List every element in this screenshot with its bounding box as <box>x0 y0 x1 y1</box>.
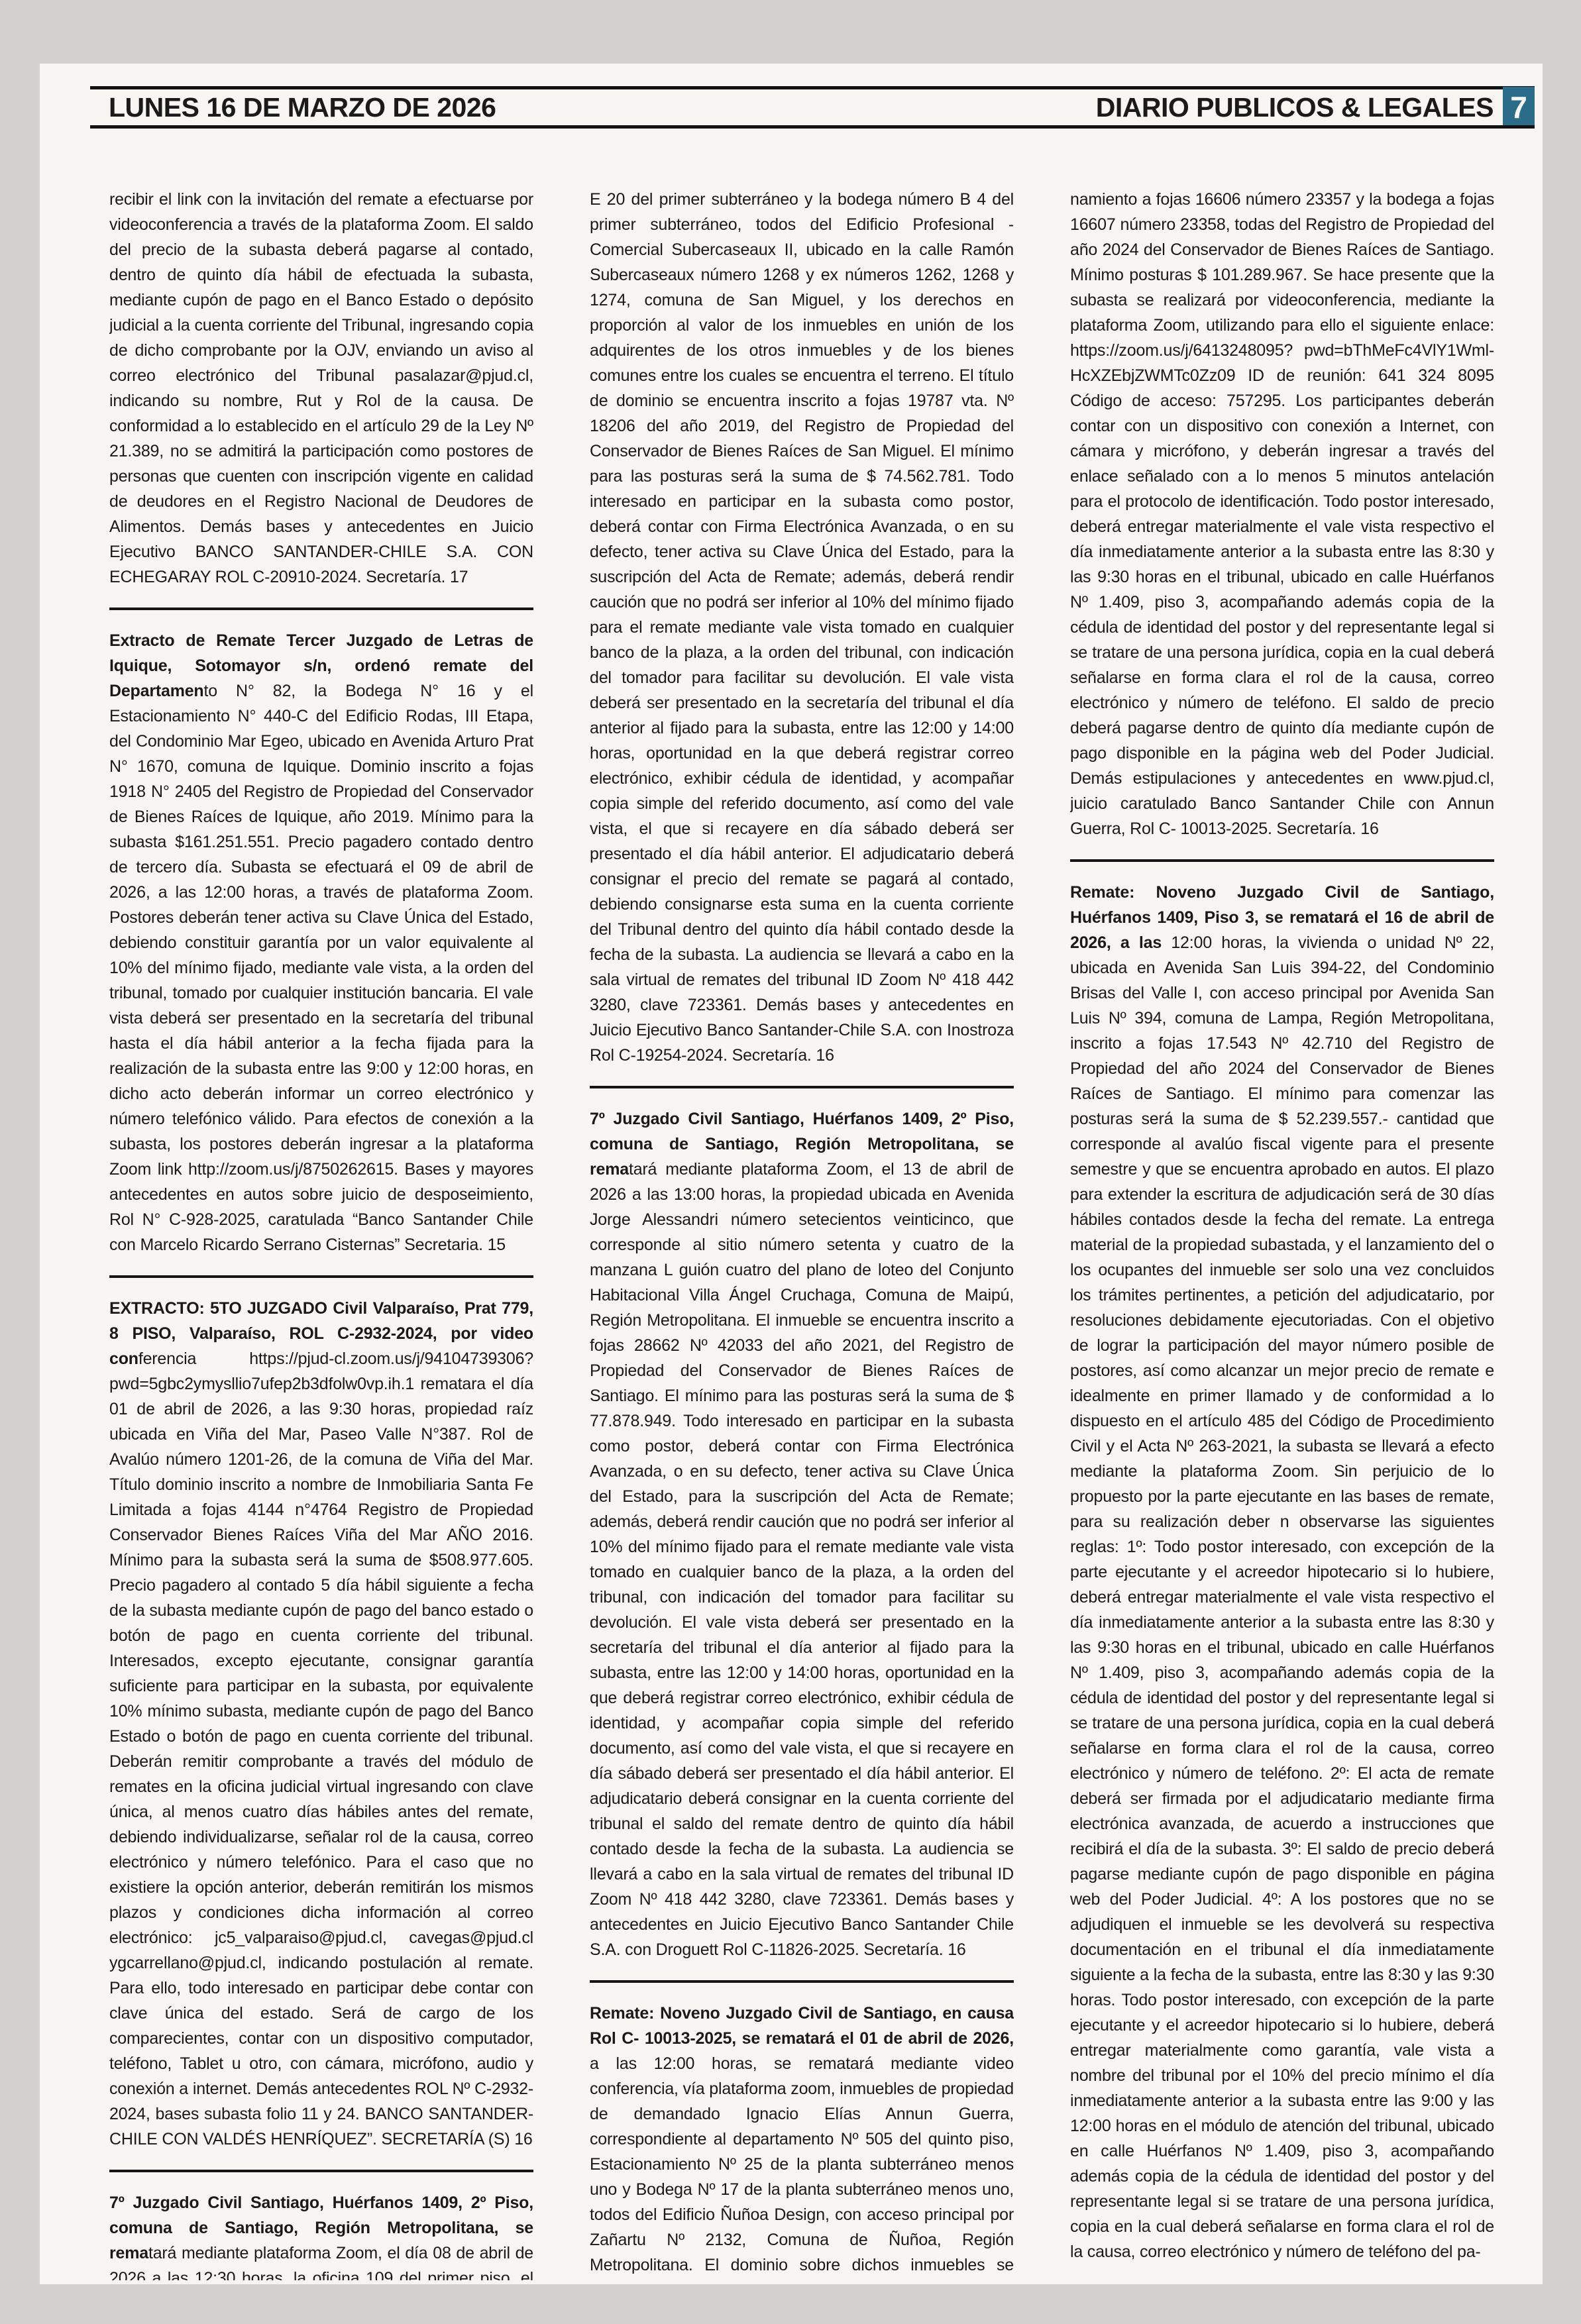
notice-septimo-juzgado-maipu: 7º Juzgado Civil Santiago, Huérfanos 140… <box>590 1106 1014 1962</box>
notice-septimo-juzgado-oficina: 7º Juzgado Civil Santiago, Huérfanos 140… <box>109 2190 533 2280</box>
header-date: LUNES 16 DE MARZO DE 2026 <box>90 92 496 123</box>
notice-divider <box>109 607 533 610</box>
header-row: LUNES 16 DE MARZO DE 2026 DIARIO PUBLICO… <box>90 91 1535 124</box>
notice-santander-echegaray: recibir el link con la invitación del re… <box>109 187 533 590</box>
notice-noveno-juzgado-lampa: Remate: Noveno Juzgado Civil de Santiago… <box>1070 880 1494 2264</box>
notice-divider <box>109 1275 533 1278</box>
notice-divider <box>590 1980 1014 1983</box>
notice-noveno-juzgado-nunoa: Remate: Noveno Juzgado Civil de Santiago… <box>590 2001 1014 2280</box>
notice-valparaiso-extracto: EXTRACTO: 5TO JUZGADO Civil Valparaíso, … <box>109 1296 533 2152</box>
notice-divider <box>1070 859 1494 862</box>
notice-text: Remate: Noveno Juzgado Civil de Santiago… <box>590 2001 1014 2280</box>
notice-body: tará mediante plataforma Zoom, el 13 de … <box>590 1160 1014 1959</box>
notice-body: recibir el link con la invitación del re… <box>109 190 533 586</box>
newspaper-page: LUNES 16 DE MARZO DE 2026 DIARIO PUBLICO… <box>0 0 1581 2324</box>
masthead-title: DIARIO PUBLICOS & LEGALES <box>1096 92 1494 123</box>
notice-text: E 20 del primer subterráneo y la bodega … <box>590 187 1014 1068</box>
notice-iquique-remate: Extracto de Remate Tercer Juzgado de Let… <box>109 628 533 1257</box>
notice-body: ferencia https://pjud-cl.zoom.us/j/94104… <box>109 1349 533 2148</box>
notice-body: E 20 del primer subterráneo y la bodega … <box>590 190 1014 1065</box>
header-bottom-rule <box>90 125 1535 129</box>
notice-lead: Remate: Noveno Juzgado Civil de Santiago… <box>590 2004 1014 2048</box>
notice-divider <box>590 1086 1014 1088</box>
notice-text: EXTRACTO: 5TO JUZGADO Civil Valparaíso, … <box>109 1296 533 2152</box>
notice-text: Extracto de Remate Tercer Juzgado de Let… <box>109 628 533 1257</box>
column-1: recibir el link con la invitación del re… <box>109 187 533 2280</box>
notice-text: 7º Juzgado Civil Santiago, Huérfanos 140… <box>109 2190 533 2280</box>
column-3: namiento a fojas 16606 número 23357 y la… <box>1070 187 1494 2280</box>
notice-text: recibir el link con la invitación del re… <box>109 187 533 590</box>
masthead-wrap: DIARIO PUBLICOS & LEGALES 7 <box>1096 87 1535 128</box>
page-number-badge: 7 <box>1503 87 1535 128</box>
legal-notices-content: recibir el link con la invitación del re… <box>109 187 1494 2280</box>
page-header: LUNES 16 DE MARZO DE 2026 DIARIO PUBLICO… <box>90 86 1535 129</box>
notice-text: namiento a fojas 16606 número 23357 y la… <box>1070 187 1494 841</box>
notice-nunoa-continuation: namiento a fojas 16606 número 23357 y la… <box>1070 187 1494 841</box>
notice-body: tará mediante plataforma Zoom, el día 08… <box>109 2244 533 2280</box>
notice-body: 12:00 horas, la vivienda o unidad Nº 22,… <box>1070 933 1494 2261</box>
notice-body: to N° 82, la Bodega N° 16 y el Estaciona… <box>109 682 533 1254</box>
notice-body: a las 12:00 horas, se rematará mediante … <box>590 2054 1014 2280</box>
notice-body: namiento a fojas 16606 número 23357 y la… <box>1070 190 1494 838</box>
notice-divider <box>109 2170 533 2172</box>
notice-text: 7º Juzgado Civil Santiago, Huérfanos 140… <box>590 1106 1014 1962</box>
notice-text: Remate: Noveno Juzgado Civil de Santiago… <box>1070 880 1494 2264</box>
notice-subercaseaux-continuation: E 20 del primer subterráneo y la bodega … <box>590 187 1014 1068</box>
column-2: E 20 del primer subterráneo y la bodega … <box>590 187 1014 2280</box>
